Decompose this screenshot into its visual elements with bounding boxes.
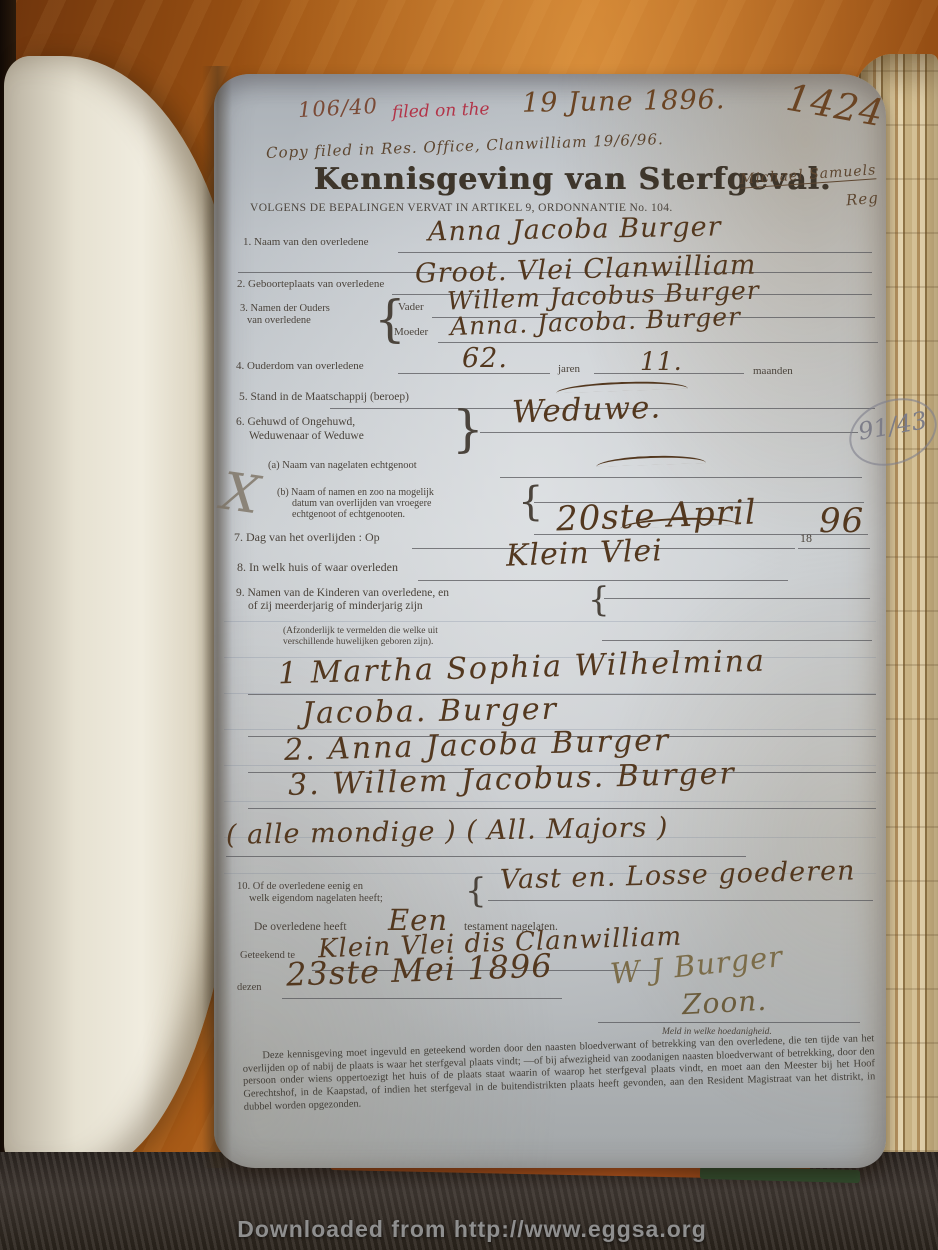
field-10-label-1: 10. Of de overledene eenig en [237, 881, 363, 892]
year-value: 96 [819, 501, 864, 541]
field-b-label-3: echtgenoot of echtgenooten. [292, 509, 405, 520]
annotation-file-number: 106/40 [297, 94, 378, 122]
rule-line [598, 1022, 860, 1023]
age-months-value: 11. [640, 347, 683, 376]
field-6-label-2: Weduwenaar of Weduwe [249, 430, 364, 442]
years-unit-label: jaren [558, 363, 580, 375]
rule-line [226, 856, 746, 857]
field-9-label-1: 9. Namen van de Kinderen van overledene,… [236, 587, 449, 599]
left-page-block [4, 56, 242, 1174]
brace-open: { [588, 583, 610, 617]
child-entry: Jacoba. Burger [302, 692, 559, 731]
rule-line [604, 598, 870, 599]
field-7-label: 7. Dag van het overlijden : Op [234, 530, 380, 545]
rule-line [500, 477, 862, 478]
field-3-label-2: van overledene [247, 315, 311, 326]
field-9-label-2: of zij meerderjarig of minderjarig zijn [248, 600, 423, 612]
rule-line [480, 432, 858, 433]
field-6-label-1: 6. Gehuwd of Ongehuwd, [236, 416, 355, 428]
photo-of-death-notice-register: 106/40 filed on the 19 June 1896. 1424 C… [0, 0, 938, 1250]
brace-close: } [452, 404, 484, 454]
field-7-value: 20ste April [555, 493, 757, 540]
field-9-note-1: (Afzonderlijk te vermelden die welke uit [283, 626, 438, 636]
form-subtitle: VOLGENS DE BEPALINGEN VERVAT IN ARTIKEL … [250, 202, 830, 214]
field-5-label: 5. Stand in de Maatschappij (beroep) [239, 391, 409, 403]
testament-pre-label: De overledene heeft [254, 921, 347, 933]
months-unit-label: maanden [753, 365, 793, 377]
signed-on-label: dezen [237, 982, 261, 993]
rule-line [488, 900, 873, 901]
field-1-value: Anna Jacoba Burger [428, 211, 722, 247]
field-8-label: 8. In welk huis of waar overleden [237, 560, 398, 575]
rule-line [282, 998, 562, 999]
mother-label: Moeder [394, 326, 428, 338]
field-b-label-2: datum van overlijden van vroegere [292, 498, 431, 509]
field-10-label-2: welk eigendom nagelaten heeft; [249, 893, 383, 904]
field-1-label: 1. Naam van den overledene [243, 236, 369, 248]
age-years-value: 62. [462, 343, 508, 374]
field-a-label: (a) Naam van nagelaten echtgenoot [268, 460, 417, 471]
field-4-label: 4. Ouderdom van overledene [236, 360, 364, 372]
annotation-side-note-2: Reg [845, 189, 879, 210]
watermark-text: Downloaded from http://www.eggsa.org [212, 1216, 732, 1243]
rule-line [248, 808, 876, 809]
year-printed-prefix: 18 [800, 531, 812, 546]
field-2-label: 2. Geboorteplaats van overledene [237, 278, 384, 290]
field-8-value: Klein Vlei [505, 533, 663, 573]
annotation-filed-date: 19 June 1896. [522, 84, 726, 119]
annotation-filed-stamp: filed on the [392, 99, 490, 122]
field-9-note-2: verschillende huwelijken geboren zijn). [283, 637, 433, 647]
signature-capacity: Zoon. [681, 984, 768, 1021]
field-b-label-1: (b) Naam of namen en zoo na mogelijk [277, 487, 434, 498]
brace-open: { [465, 874, 487, 908]
father-label: Vader [398, 301, 424, 313]
field-3-label-1: 3. Namen der Ouders [240, 303, 330, 314]
rule-line [798, 548, 870, 549]
field-6-value: Weduwe. [511, 389, 661, 430]
rule-line [602, 640, 872, 641]
